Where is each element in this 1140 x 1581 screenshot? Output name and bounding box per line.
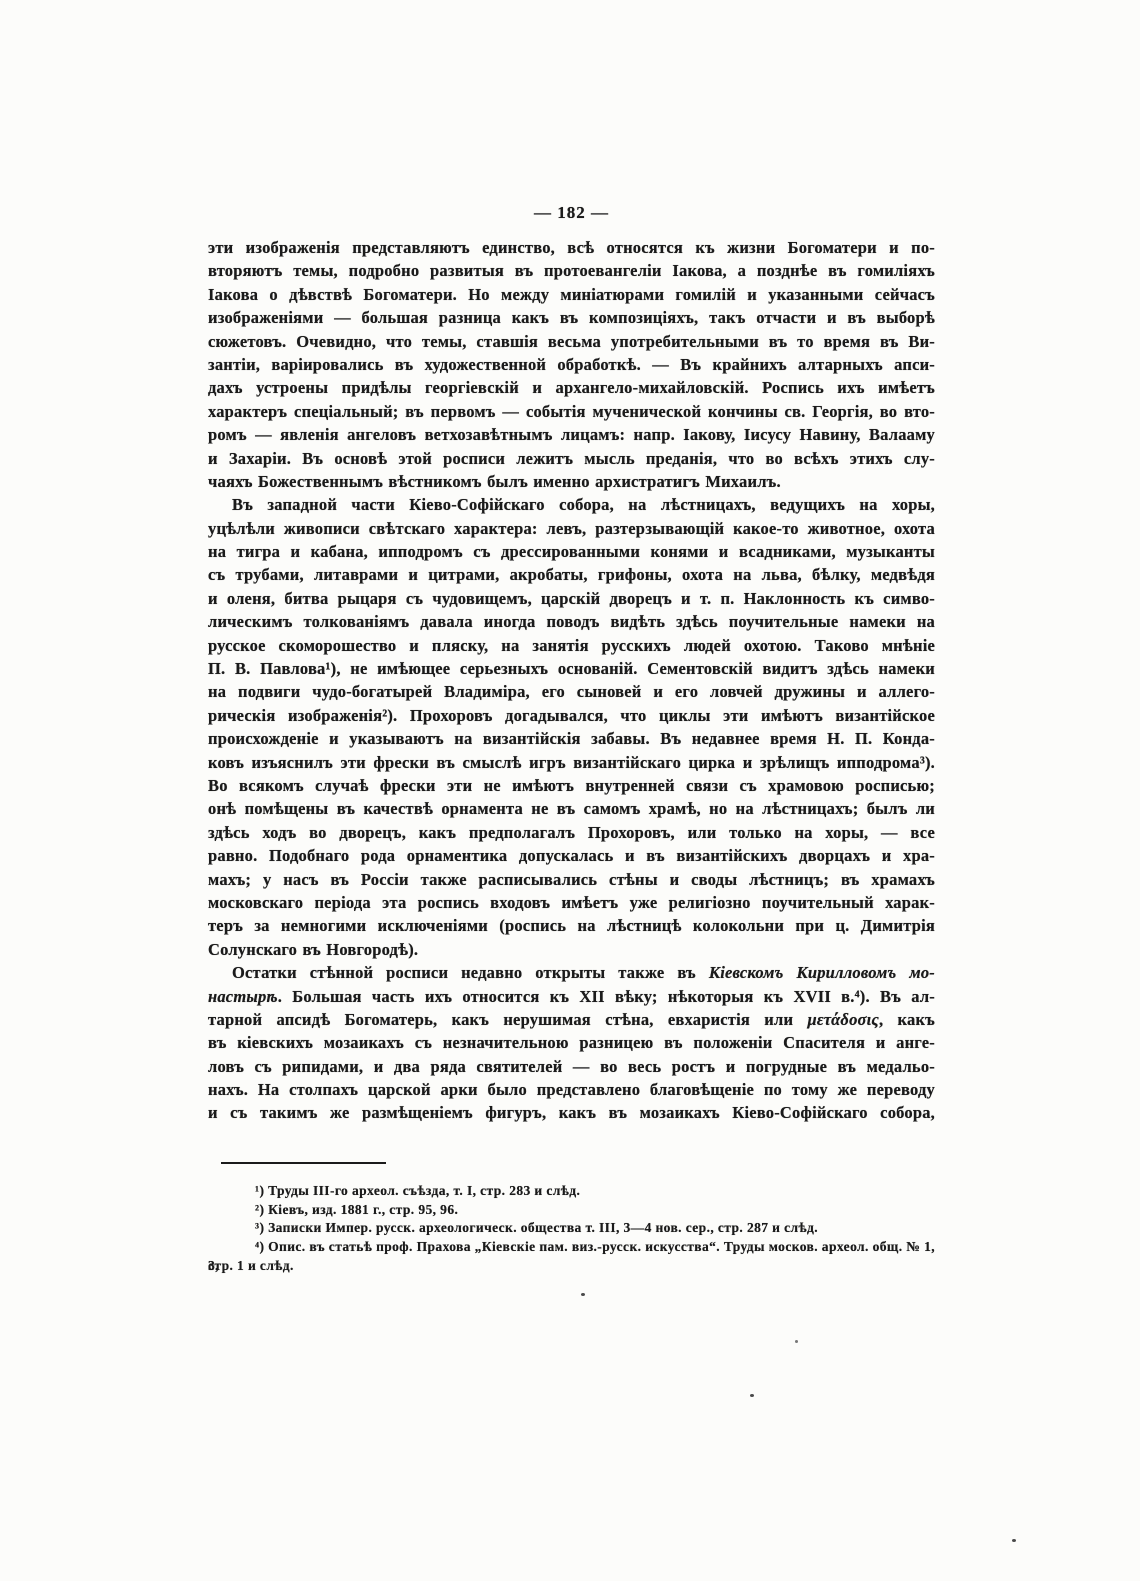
text-line: и съ такимъ же размѣщеніемъ фигуръ, какъ… [208,1101,935,1124]
footnote-line: ¹) Труды III-го археол. съѣзда, т. I, ст… [208,1182,935,1201]
text-line: московскаго періода эта роспись входовъ … [208,891,935,914]
footnote: ²) Кіевъ, изд. 1881 г., стр. 95, 96. [208,1201,935,1220]
text-line: тарной апсидѣ Богоматерь, какъ нерушимая… [208,1008,935,1031]
text-line: Іакова о дѣвствѣ Богоматери. Но между ми… [208,283,935,306]
footnote: ³) Записки Импер. русск. археологическ. … [208,1219,935,1238]
footnote: ¹) Труды III-го археол. съѣзда, т. I, ст… [208,1182,935,1201]
text-line: съ трубами, литаврами и цитрами, акробат… [208,563,935,586]
text-line: вторяютъ темы, подробно развитыя въ прот… [208,259,935,282]
text-line: происхожденіе и указываютъ на византійск… [208,727,935,750]
text-line: П. В. Павлова¹), не имѣющее серьезныхъ о… [208,657,935,680]
scan-speck [795,1340,798,1343]
text-body: эти изображенія представляютъ единство, … [208,236,935,1125]
text-line: ромъ — явленія ангеловъ ветхозавѣтнымъ л… [208,423,935,446]
text-line: Солунскаго въ Новгородѣ). [208,938,935,961]
text-line: онѣ помѣщены въ качествѣ орнамента не въ… [208,797,935,820]
text-line: русское скоморошество и пляску, на занят… [208,634,935,657]
footnote-line: стр. 1 и слѣд. [208,1257,935,1276]
text-line: сюжетовъ. Очевидно, что темы, ставшія ве… [208,330,935,353]
text-line: Остатки стѣнной росписи недавно открыты … [208,961,935,984]
paragraph: Въ западной части Кіево-Софійскаго собор… [208,493,935,961]
footnote-line: ³) Записки Импер. русск. археологическ. … [208,1219,935,1238]
paragraph: эти изображенія представляютъ единство, … [208,236,935,493]
footnote-separator [221,1162,386,1164]
scanned-book-page: — 182 — эти изображенія представляютъ ед… [0,0,1140,1581]
footnotes: ¹) Труды III-го археол. съѣзда, т. I, ст… [208,1182,935,1275]
scan-speck [581,1293,585,1296]
text-line: махъ; у насъ въ Россіи также расписывали… [208,868,935,891]
text-line: нахъ. На столпахъ царской арки было пред… [208,1078,935,1101]
text-line: Во всякомъ случаѣ фрески эти не имѣютъ в… [208,774,935,797]
text-line: настырѣ. Большая часть ихъ относится къ … [208,985,935,1008]
text-line: и Захаріи. Въ основѣ этой росписи лежитъ… [208,447,935,470]
text-line: Въ западной части Кіево-Софійскаго собор… [208,493,935,516]
paragraph: Остатки стѣнной росписи недавно открыты … [208,961,935,1125]
text-line: уцѣлѣли живописи свѣтскаго характера: ле… [208,517,935,540]
text-line: теръ за немногими исключеніями (роспись … [208,914,935,937]
text-line: въ кіевскихъ мозаикахъ съ незначительною… [208,1031,935,1054]
page-number: — 182 — [208,203,935,223]
text-line: зантіи, варіировались въ художественной … [208,353,935,376]
text-line: на тигра и кабана, ипподромъ съ дрессиро… [208,540,935,563]
text-line: равно. Подобнаго рода орнаментика допуск… [208,844,935,867]
text-line: лическимъ толкованіямъ давала иногда пов… [208,610,935,633]
scan-speck [1012,1539,1016,1542]
text-line: эти изображенія представляютъ единство, … [208,236,935,259]
text-line: чаяхъ Божественнымъ вѣстникомъ былъ имен… [208,470,935,493]
footnote-line: ²) Кіевъ, изд. 1881 г., стр. 95, 96. [208,1201,935,1220]
text-line: на подвиги чудо-богатырей Владиміра, его… [208,680,935,703]
footnote-line: ⁴) Опис. въ статьѣ проф. Прахова „Кіевск… [208,1238,935,1257]
text-line: рическія изображенія²). Прохоровъ догады… [208,704,935,727]
text-line: ковъ изъяснилъ эти фрески въ смыслѣ игръ… [208,751,935,774]
text-line: изображеніями — большая разница какъ въ … [208,306,935,329]
scan-speck [750,1394,754,1397]
footnote: ⁴) Опис. въ статьѣ проф. Прахова „Кіевск… [208,1238,935,1275]
text-line: здѣсь ходъ во дворецъ, какъ предполагалъ… [208,821,935,844]
text-line: и оленя, битва рыцаря съ чудовищемъ, цар… [208,587,935,610]
text-line: дахъ устроены придѣлы георгіевскій и арх… [208,376,935,399]
text-line: характеръ спеціальный; въ первомъ — собы… [208,400,935,423]
text-line: ловъ съ рипидами, и два ряда святителей … [208,1055,935,1078]
